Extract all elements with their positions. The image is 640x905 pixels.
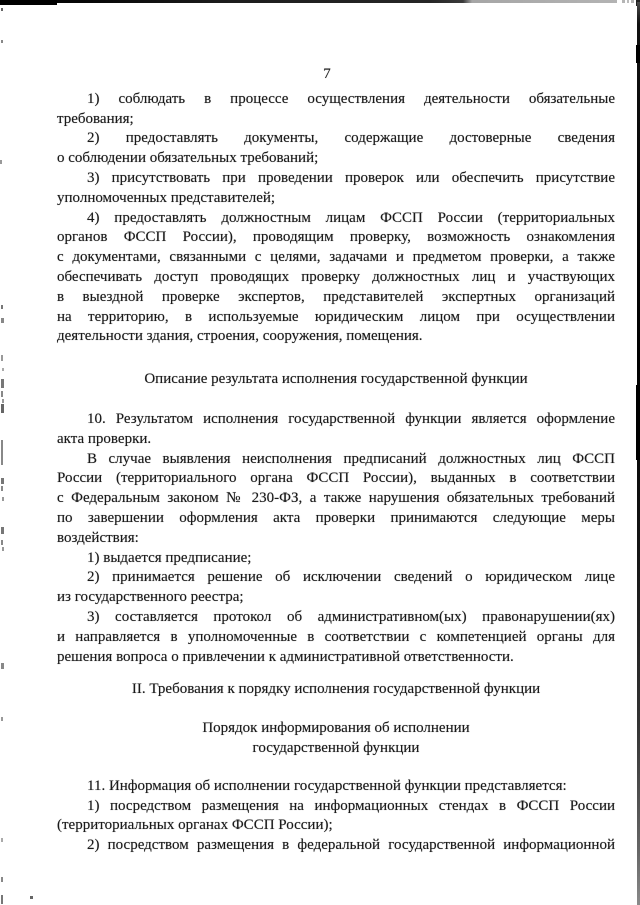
scan-artifact [1, 895, 3, 904]
text-line: решения вопроса о привлечении к админист… [57, 648, 615, 668]
text-line: 3) присутствовать при проведении проверо… [57, 169, 615, 189]
text-line: уполномоченных представителей; [57, 189, 615, 209]
text-line: из государственного реестра; [57, 588, 615, 608]
scan-artifact [1, 40, 3, 43]
text-line: и направляется в уполномоченные в соотве… [57, 628, 615, 648]
scan-dash [631, 0, 634, 3]
scan-dash [622, 0, 625, 3]
text-line: 10. Результатом исполнения государственн… [57, 410, 615, 430]
paragraph: 11. Информация об исполнении государстве… [57, 777, 615, 797]
text-line: 2) предоставлять документы, содержащие д… [57, 129, 615, 149]
document-body: 7 1) соблюдать в процессе осуществления … [57, 0, 615, 856]
scan-artifact [2, 497, 4, 501]
scan-artifact [1, 391, 3, 397]
paragraph: В случае выявления неисполнения предписа… [57, 450, 615, 549]
scan-artifact [1, 440, 3, 465]
text-line: в выездной проверке экспертов, представи… [57, 288, 615, 308]
scan-artifact [1, 478, 4, 484]
scan-artifact [1, 404, 4, 413]
scan-blot [636, 385, 640, 460]
text-line: воздействия: [57, 529, 615, 549]
text-line: на территорию, в используемые юридически… [57, 308, 615, 328]
scan-dash [627, 0, 629, 3]
paragraph: 3) составляется протокол об администрати… [57, 608, 615, 667]
scan-artifact [30, 896, 33, 899]
paragraph: 2) предоставлять документы, содержащие д… [57, 129, 615, 169]
text-line: требования; [57, 110, 615, 130]
scan-artifact [1, 540, 3, 545]
text-line: (территориальных органах ФССП России); [57, 816, 615, 836]
scan-artifact [1, 355, 3, 361]
text-line: с документами, связанными с целями, зада… [57, 248, 615, 268]
paragraph: 3) присутствовать при проведении проверо… [57, 169, 615, 209]
scanned-document-page: 7 1) соблюдать в процессе осуществления … [0, 0, 640, 905]
scan-artifact [0, 160, 2, 164]
paragraph: 1) выдается предписание; [57, 549, 615, 569]
text-line: 1) посредством размещения на информацион… [57, 797, 615, 817]
scan-artifact [1, 305, 3, 309]
scan-edge-top-corner [0, 0, 57, 5]
scan-artifact [1, 527, 4, 534]
scan-artifact [1, 717, 3, 721]
page-number: 7 [57, 65, 597, 85]
heading-line: Порядок информирования об исполнении [57, 719, 615, 739]
text-line: акта проверки. [57, 430, 615, 450]
paragraph: 1) соблюдать в процессе осуществления де… [57, 90, 615, 130]
text-line: по завершении оформления акта проверки п… [57, 509, 615, 529]
text-line: 2) посредством размещения в федеральной … [57, 836, 615, 856]
text-line: органов ФССП России), проводящим проверк… [57, 228, 615, 248]
text-line: России (территориального органа ФССП Рос… [57, 469, 615, 489]
scan-artifact [1, 838, 3, 842]
text-line: 2) принимается решение об исключении све… [57, 568, 615, 588]
text-line: 11. Информация об исполнении государстве… [57, 777, 615, 797]
text-line: 1) выдается предписание; [57, 549, 615, 569]
scan-artifact [1, 663, 4, 669]
text-line: с Федеральным законом № 230-ФЗ, а также … [57, 489, 615, 509]
paragraph: 2) посредством размещения в федеральной … [57, 836, 615, 856]
scan-artifact [2, 547, 4, 551]
scan-artifact [1, 877, 3, 882]
text-line: о соблюдении обязательных требований; [57, 149, 615, 169]
text-line: В случае выявления неисполнения предписа… [57, 450, 615, 470]
section-heading: Описание результата исполнения государст… [57, 370, 615, 390]
section-heading: II. Требования к порядку исполнения госу… [57, 680, 615, 700]
scan-artifact [1, 486, 3, 491]
text-line: 3) составляется протокол об администрати… [57, 608, 615, 628]
paragraph: 2) принимается решение об исключении све… [57, 568, 615, 608]
section-heading: Порядок информирования об исполнении гос… [57, 719, 615, 759]
scan-artifact [1, 379, 4, 388]
paragraph: 1) посредством размещения на информацион… [57, 797, 615, 837]
heading-line: государственной функции [57, 739, 615, 759]
scan-blot [636, 45, 640, 63]
text-line: деятельности здания, строения, сооружени… [57, 327, 615, 347]
heading-line: II. Требования к порядку исполнения госу… [57, 680, 615, 700]
scan-artifact [1, 318, 4, 323]
heading-line: Описание результата исполнения государст… [57, 370, 615, 390]
scan-artifact [2, 399, 4, 403]
scan-artifact [1, 8, 3, 11]
paragraph: 10. Результатом исполнения государственн… [57, 410, 615, 450]
paragraph: 4) предоставлять должностным лицам ФССП … [57, 209, 615, 348]
text-line: 1) соблюдать в процессе осуществления де… [57, 90, 615, 110]
text-line: 4) предоставлять должностным лицам ФССП … [57, 209, 615, 229]
scan-artifact [2, 368, 4, 371]
text-line: обеспечивать доступ проводящих проверку … [57, 268, 615, 288]
